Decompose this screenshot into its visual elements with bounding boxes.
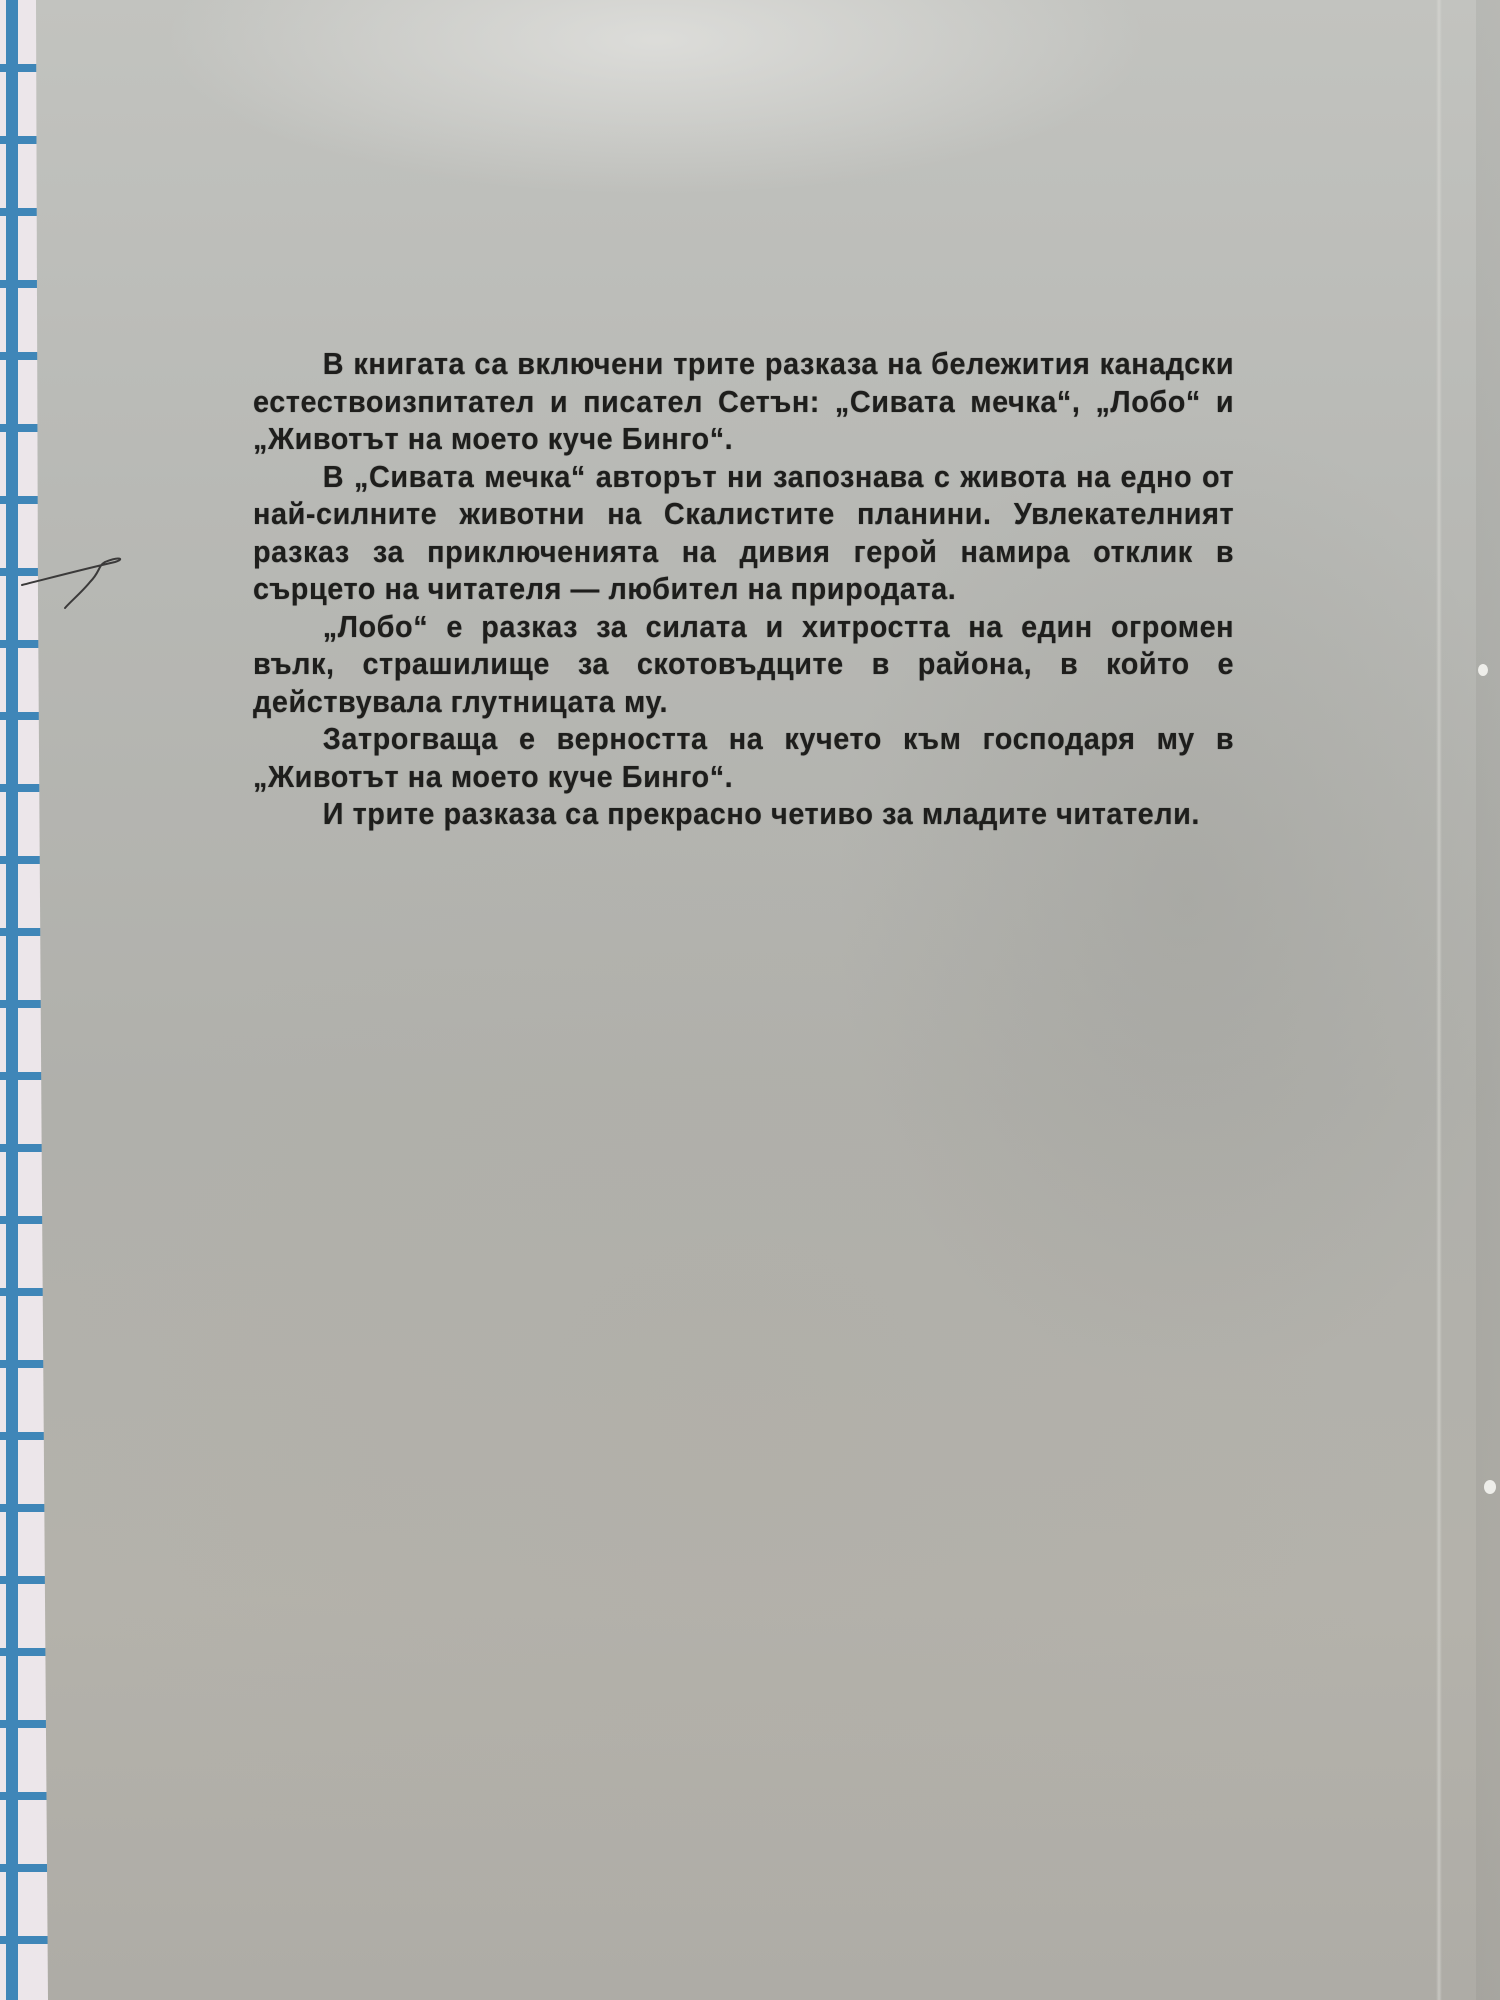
blurb-text: В книгата са включени трите разказа на б…: [253, 345, 1234, 833]
paragraph-grey-bear: В „Сивата мечка“ авторът ни запознава с …: [253, 458, 1234, 608]
paragraph-conclusion: И трите разказа са прекрасно четиво за м…: [253, 795, 1234, 833]
paragraph-intro: В книгата са включени трите разказа на б…: [253, 345, 1234, 458]
paragraph-bingo: Затрогваща е верността на кучето към гос…: [253, 720, 1234, 795]
book-page: [36, 0, 1500, 2000]
paper-speck: [1478, 664, 1488, 676]
pen-mark-icon: [20, 550, 130, 620]
fold-line: [1436, 0, 1442, 2000]
paragraph-lobo: „Лобо“ е разказ за силата и хитростта на…: [253, 608, 1234, 721]
page-edge-shadow: [1476, 0, 1500, 2000]
paper-speck: [1484, 1480, 1496, 1494]
